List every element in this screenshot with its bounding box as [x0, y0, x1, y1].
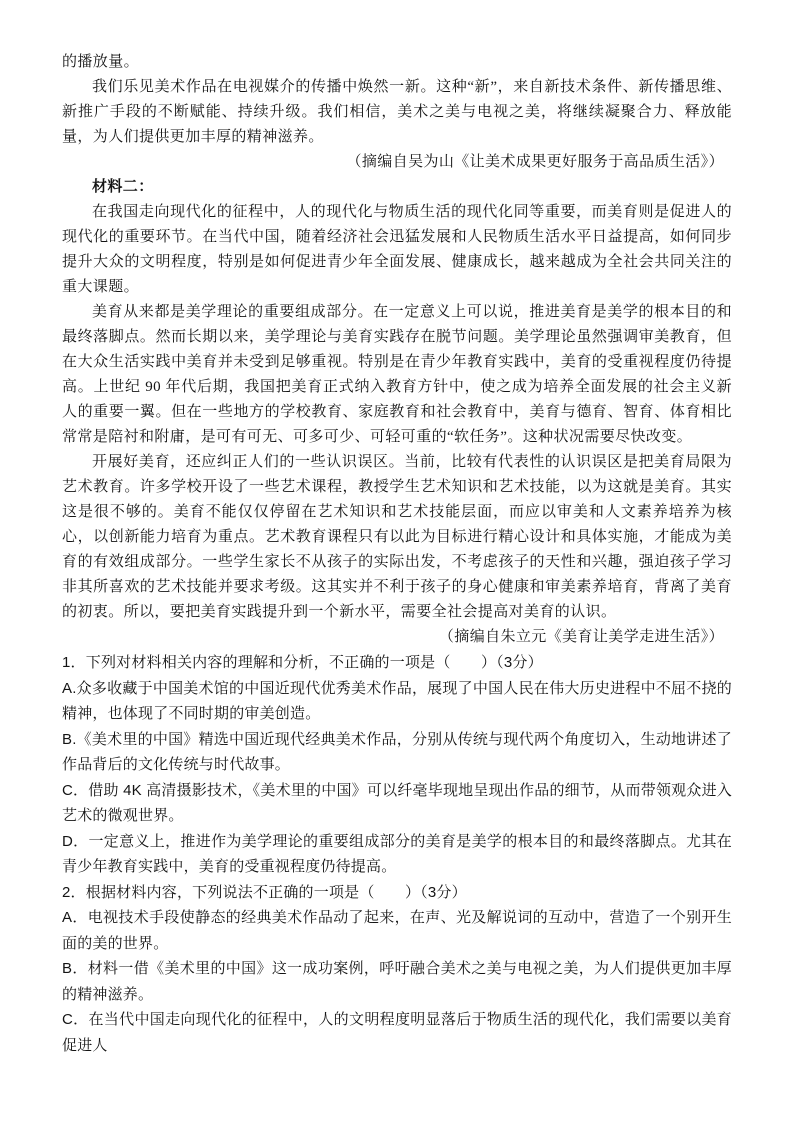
question-2-stem: 2．根据材料内容，下列说法不正确的一项是（ ）（3分）	[62, 880, 732, 906]
material-two-heading: 材料二：	[62, 175, 732, 200]
material-two-paragraph-1: 在我国走向现代化的征程中，人的现代化与物质生活的现代化同等重要，而美育则是促进人…	[62, 200, 732, 300]
material-two-citation: （摘编自朱立元《美育让美学走进生活》）	[62, 625, 732, 650]
question-1-stem: 1．下列对材料相关内容的理解和分析，不正确的一项是（ ）（3分）	[62, 650, 732, 676]
material-one-trailing-fragment: 的播放量。	[62, 50, 732, 75]
question-2-option-c: C．在当代中国走向现代化的征程中，人的文明程度明显落后于物质生活的现代化，我们需…	[62, 1007, 732, 1058]
question-1: 1．下列对材料相关内容的理解和分析，不正确的一项是（ ）（3分） A.众多收藏于…	[62, 650, 732, 880]
material-one-section: 的播放量。 我们乐见美术作品在电视媒介的传播中焕然一新。这种“新”，来自新技术条…	[62, 50, 732, 175]
question-1-option-b: B.《美术里的中国》精选中国近现代经典美术作品，分别从传统与现代两个角度切入，生…	[62, 727, 732, 778]
material-one-citation: （摘编自吴为山《让美术成果更好服务于高品质生活》）	[62, 150, 732, 175]
material-two-paragraph-2: 美育从来都是美学理论的重要组成部分。在一定意义上可以说，推进美育是美学的根本目的…	[62, 300, 732, 450]
exam-page: 的播放量。 我们乐见美术作品在电视媒介的传播中焕然一新。这种“新”，来自新技术条…	[0, 0, 794, 1123]
question-2-option-b: B．材料一借《美术里的中国》这一成功案例，呼吁融合美术之美与电视之美，为人们提供…	[62, 956, 732, 1007]
question-1-option-a: A.众多收藏于中国美术馆的中国近现代优秀美术作品，展现了中国人民在伟大历史进程中…	[62, 676, 732, 727]
question-1-option-c: C．借助 4K 高清摄影技术，《美术里的中国》可以纤毫毕现地呈现出作品的细节，从…	[62, 778, 732, 829]
material-one-closing-paragraph: 我们乐见美术作品在电视媒介的传播中焕然一新。这种“新”，来自新技术条件、新传播思…	[62, 75, 732, 150]
question-1-option-d: D．一定意义上，推进作为美学理论的重要组成部分的美育是美学的根本目的和最终落脚点…	[62, 829, 732, 880]
questions-section: 1．下列对材料相关内容的理解和分析，不正确的一项是（ ）（3分） A.众多收藏于…	[62, 650, 732, 1058]
material-two-section: 材料二： 在我国走向现代化的征程中，人的现代化与物质生活的现代化同等重要，而美育…	[62, 175, 732, 650]
question-2-option-a: A．电视技术手段使静态的经典美术作品动了起来，在声、光及解说词的互动中，营造了一…	[62, 905, 732, 956]
question-2: 2．根据材料内容，下列说法不正确的一项是（ ）（3分） A．电视技术手段使静态的…	[62, 880, 732, 1059]
material-two-paragraph-3: 开展好美育，还应纠正人们的一些认识误区。当前，比较有代表性的认识误区是把美育局限…	[62, 450, 732, 625]
